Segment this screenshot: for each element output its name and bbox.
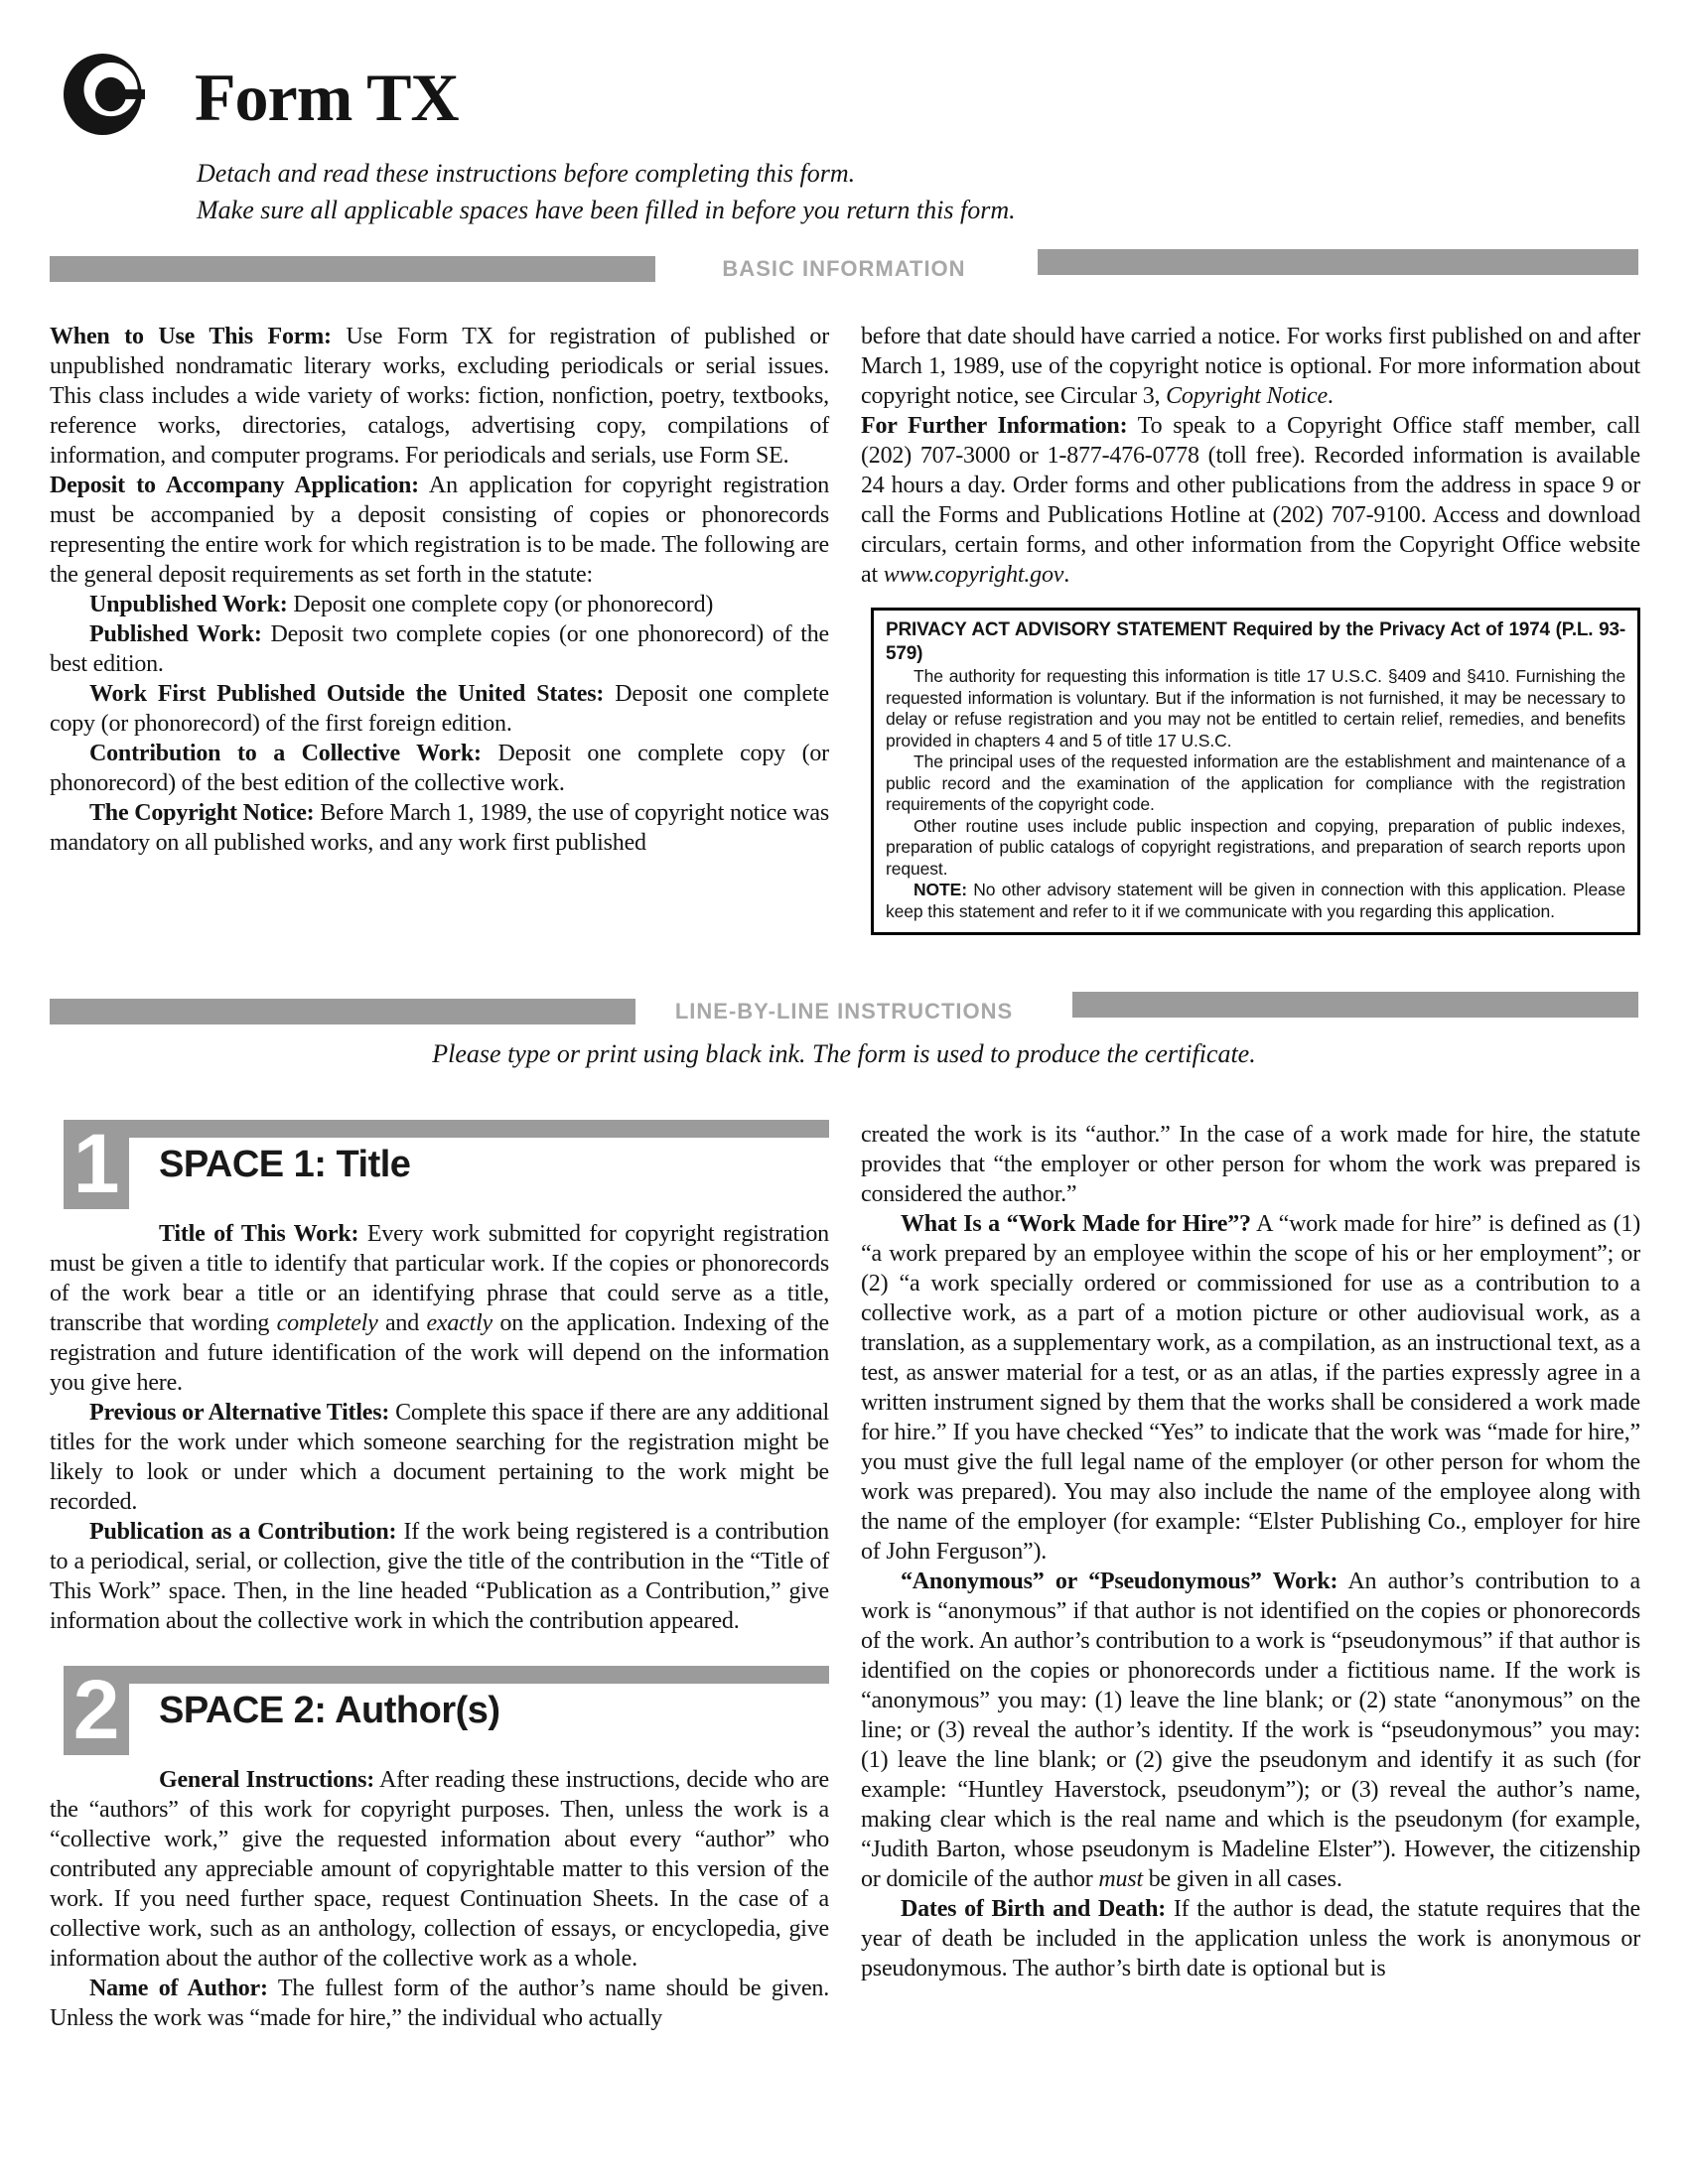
instruction-paragraph: General Instructions: After reading thes… <box>50 1765 829 1974</box>
instruction-paragraph: Previous or Alternative Titles: Complete… <box>50 1398 829 1517</box>
instruction-paragraph: before that date should have carried a n… <box>861 322 1640 411</box>
form-tx-instructions-page: Form TX Detach and read these instructio… <box>0 0 1688 2184</box>
instruction-paragraph: The Copyright Notice: Before March 1, 19… <box>50 798 829 858</box>
instruction-paragraph: Deposit to Accompany Application: An app… <box>50 471 829 590</box>
privacy-paragraph: Other routine uses include public inspec… <box>886 816 1625 881</box>
space-1-heading-block: 1 SPACE 1: Title <box>50 1120 829 1211</box>
basic-info-right-column: before that date should have carried a n… <box>861 322 1640 935</box>
instruction-paragraph: Work First Published Outside the United … <box>50 679 829 739</box>
privacy-box-title: PRIVACY ACT ADVISORY STATEMENT Required … <box>886 618 1625 666</box>
space-2-heading: SPACE 2: Author(s) <box>159 1690 500 1731</box>
instruction-paragraph: Contribution to a Collective Work: Depos… <box>50 739 829 798</box>
basic-information-section: When to Use This Form: Use Form TX for r… <box>50 322 1640 935</box>
instruction-paragraph: created the work is its “author.” In the… <box>861 1120 1640 1209</box>
line-by-line-section-bar: LINE-BY-LINE INSTRUCTIONS <box>50 999 1638 1024</box>
instruction-paragraph: “Anonymous” or “Pseudonymous” Work: An a… <box>861 1567 1640 1894</box>
line-by-line-left-column: 1 SPACE 1: Title Title of This Work: Eve… <box>50 1120 829 2033</box>
line-by-line-section: 1 SPACE 1: Title Title of This Work: Eve… <box>50 1120 1640 2033</box>
instruction-paragraph: Published Work: Deposit two complete cop… <box>50 619 829 679</box>
space-2-heading-block: 2 SPACE 2: Author(s) <box>50 1666 829 1757</box>
space-2-number-badge: 2 <box>64 1666 129 1755</box>
subtitle-line-1: Detach and read these instructions befor… <box>197 155 1016 192</box>
privacy-paragraph: The principal uses of the requested info… <box>886 751 1625 816</box>
basic-information-section-bar: BASIC INFORMATION <box>50 256 1638 282</box>
instruction-paragraph: Unpublished Work: Deposit one complete c… <box>50 590 829 619</box>
privacy-act-advisory-box: PRIVACY ACT ADVISORY STATEMENT Required … <box>871 608 1640 935</box>
instruction-paragraph: Publication as a Contribution: If the wo… <box>50 1517 829 1636</box>
copyright-office-logo-icon <box>64 52 145 137</box>
instruction-paragraph: Title of This Work: Every work submitted… <box>50 1219 829 1398</box>
privacy-paragraph: The authority for requesting this inform… <box>886 666 1625 751</box>
bar-segment-right <box>1038 249 1638 275</box>
instruction-paragraph: Dates of Birth and Death: If the author … <box>861 1894 1640 1983</box>
line-by-line-right-column: created the work is its “author.” In the… <box>861 1120 1640 1983</box>
space-1-heading: SPACE 1: Title <box>159 1144 410 1185</box>
form-subtitle: Detach and read these instructions befor… <box>197 155 1016 228</box>
instruction-paragraph: What Is a “Work Made for Hire”? A “work … <box>861 1209 1640 1567</box>
line-by-line-note: Please type or print using black ink. Th… <box>0 1038 1688 1070</box>
instruction-paragraph: Name of Author: The fullest form of the … <box>50 1974 829 2033</box>
basic-info-left-column: When to Use This Form: Use Form TX for r… <box>50 322 829 858</box>
space-heading-bar <box>64 1666 829 1684</box>
page-title: Form TX <box>195 62 459 133</box>
bar-segment-right <box>1072 992 1638 1018</box>
instruction-paragraph: When to Use This Form: Use Form TX for r… <box>50 322 829 471</box>
instruction-paragraph: For Further Information: To speak to a C… <box>861 411 1640 590</box>
space-1-number-badge: 1 <box>64 1120 129 1209</box>
privacy-paragraph: NOTE: No other advisory statement will b… <box>886 880 1625 922</box>
space-heading-bar <box>64 1120 829 1138</box>
subtitle-line-2: Make sure all applicable spaces have bee… <box>197 192 1016 228</box>
